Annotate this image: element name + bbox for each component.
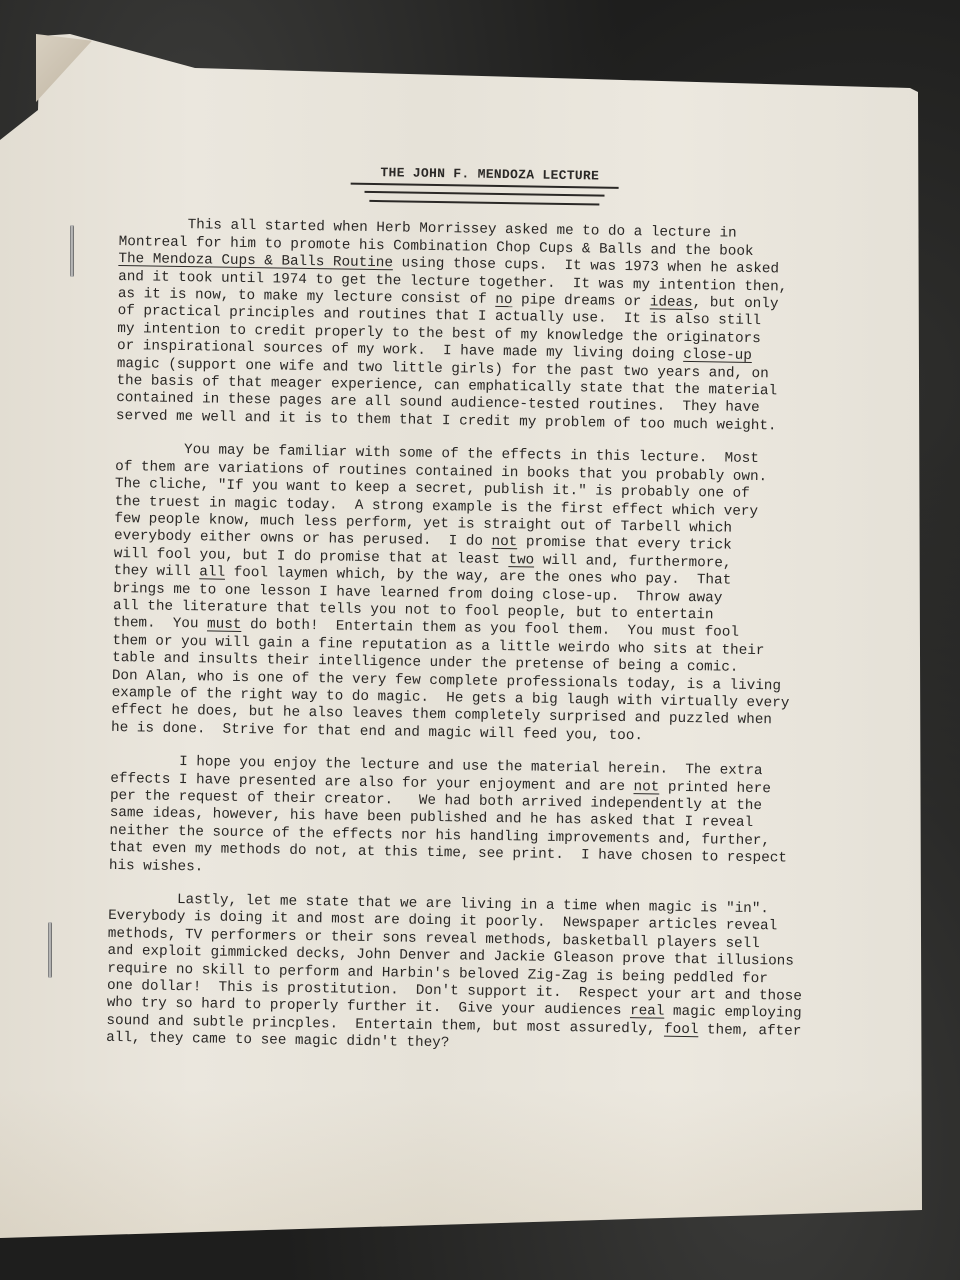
- title-rule: [365, 191, 605, 197]
- staple-top: [70, 225, 74, 277]
- underlined-text: must: [207, 617, 242, 634]
- underlined-text: ideas: [650, 294, 693, 311]
- underlined-text: not: [633, 779, 659, 795]
- staple-bottom: [48, 922, 52, 978]
- underlined-text: two: [508, 552, 534, 568]
- underlined-text: close-up: [683, 347, 752, 364]
- document-body: THE JOHN F. MENDOZA LECTURE This all sta…: [106, 160, 880, 1076]
- paragraphs: This all started when Herb Morrissey ask…: [106, 216, 879, 1059]
- title-rule: [369, 200, 599, 206]
- paragraph: This all started when Herb Morrissey ask…: [116, 216, 879, 437]
- paragraph: Lastly, let me state that we are living …: [106, 891, 868, 1060]
- underlined-text: not: [491, 534, 517, 550]
- document-title: THE JOHN F. MENDOZA LECTURE: [350, 164, 619, 190]
- underlined-text: fool: [664, 1022, 699, 1039]
- paragraph: You may be familiar with some of the eff…: [111, 441, 876, 749]
- underlined-text: all: [199, 564, 225, 580]
- paragraph: I hope you enjoy the lecture and use the…: [109, 753, 871, 887]
- underlined-text: The Mendoza Cups & Balls Routine: [118, 251, 393, 271]
- underlined-text: real: [630, 1004, 665, 1021]
- underlined-text: no: [495, 292, 512, 308]
